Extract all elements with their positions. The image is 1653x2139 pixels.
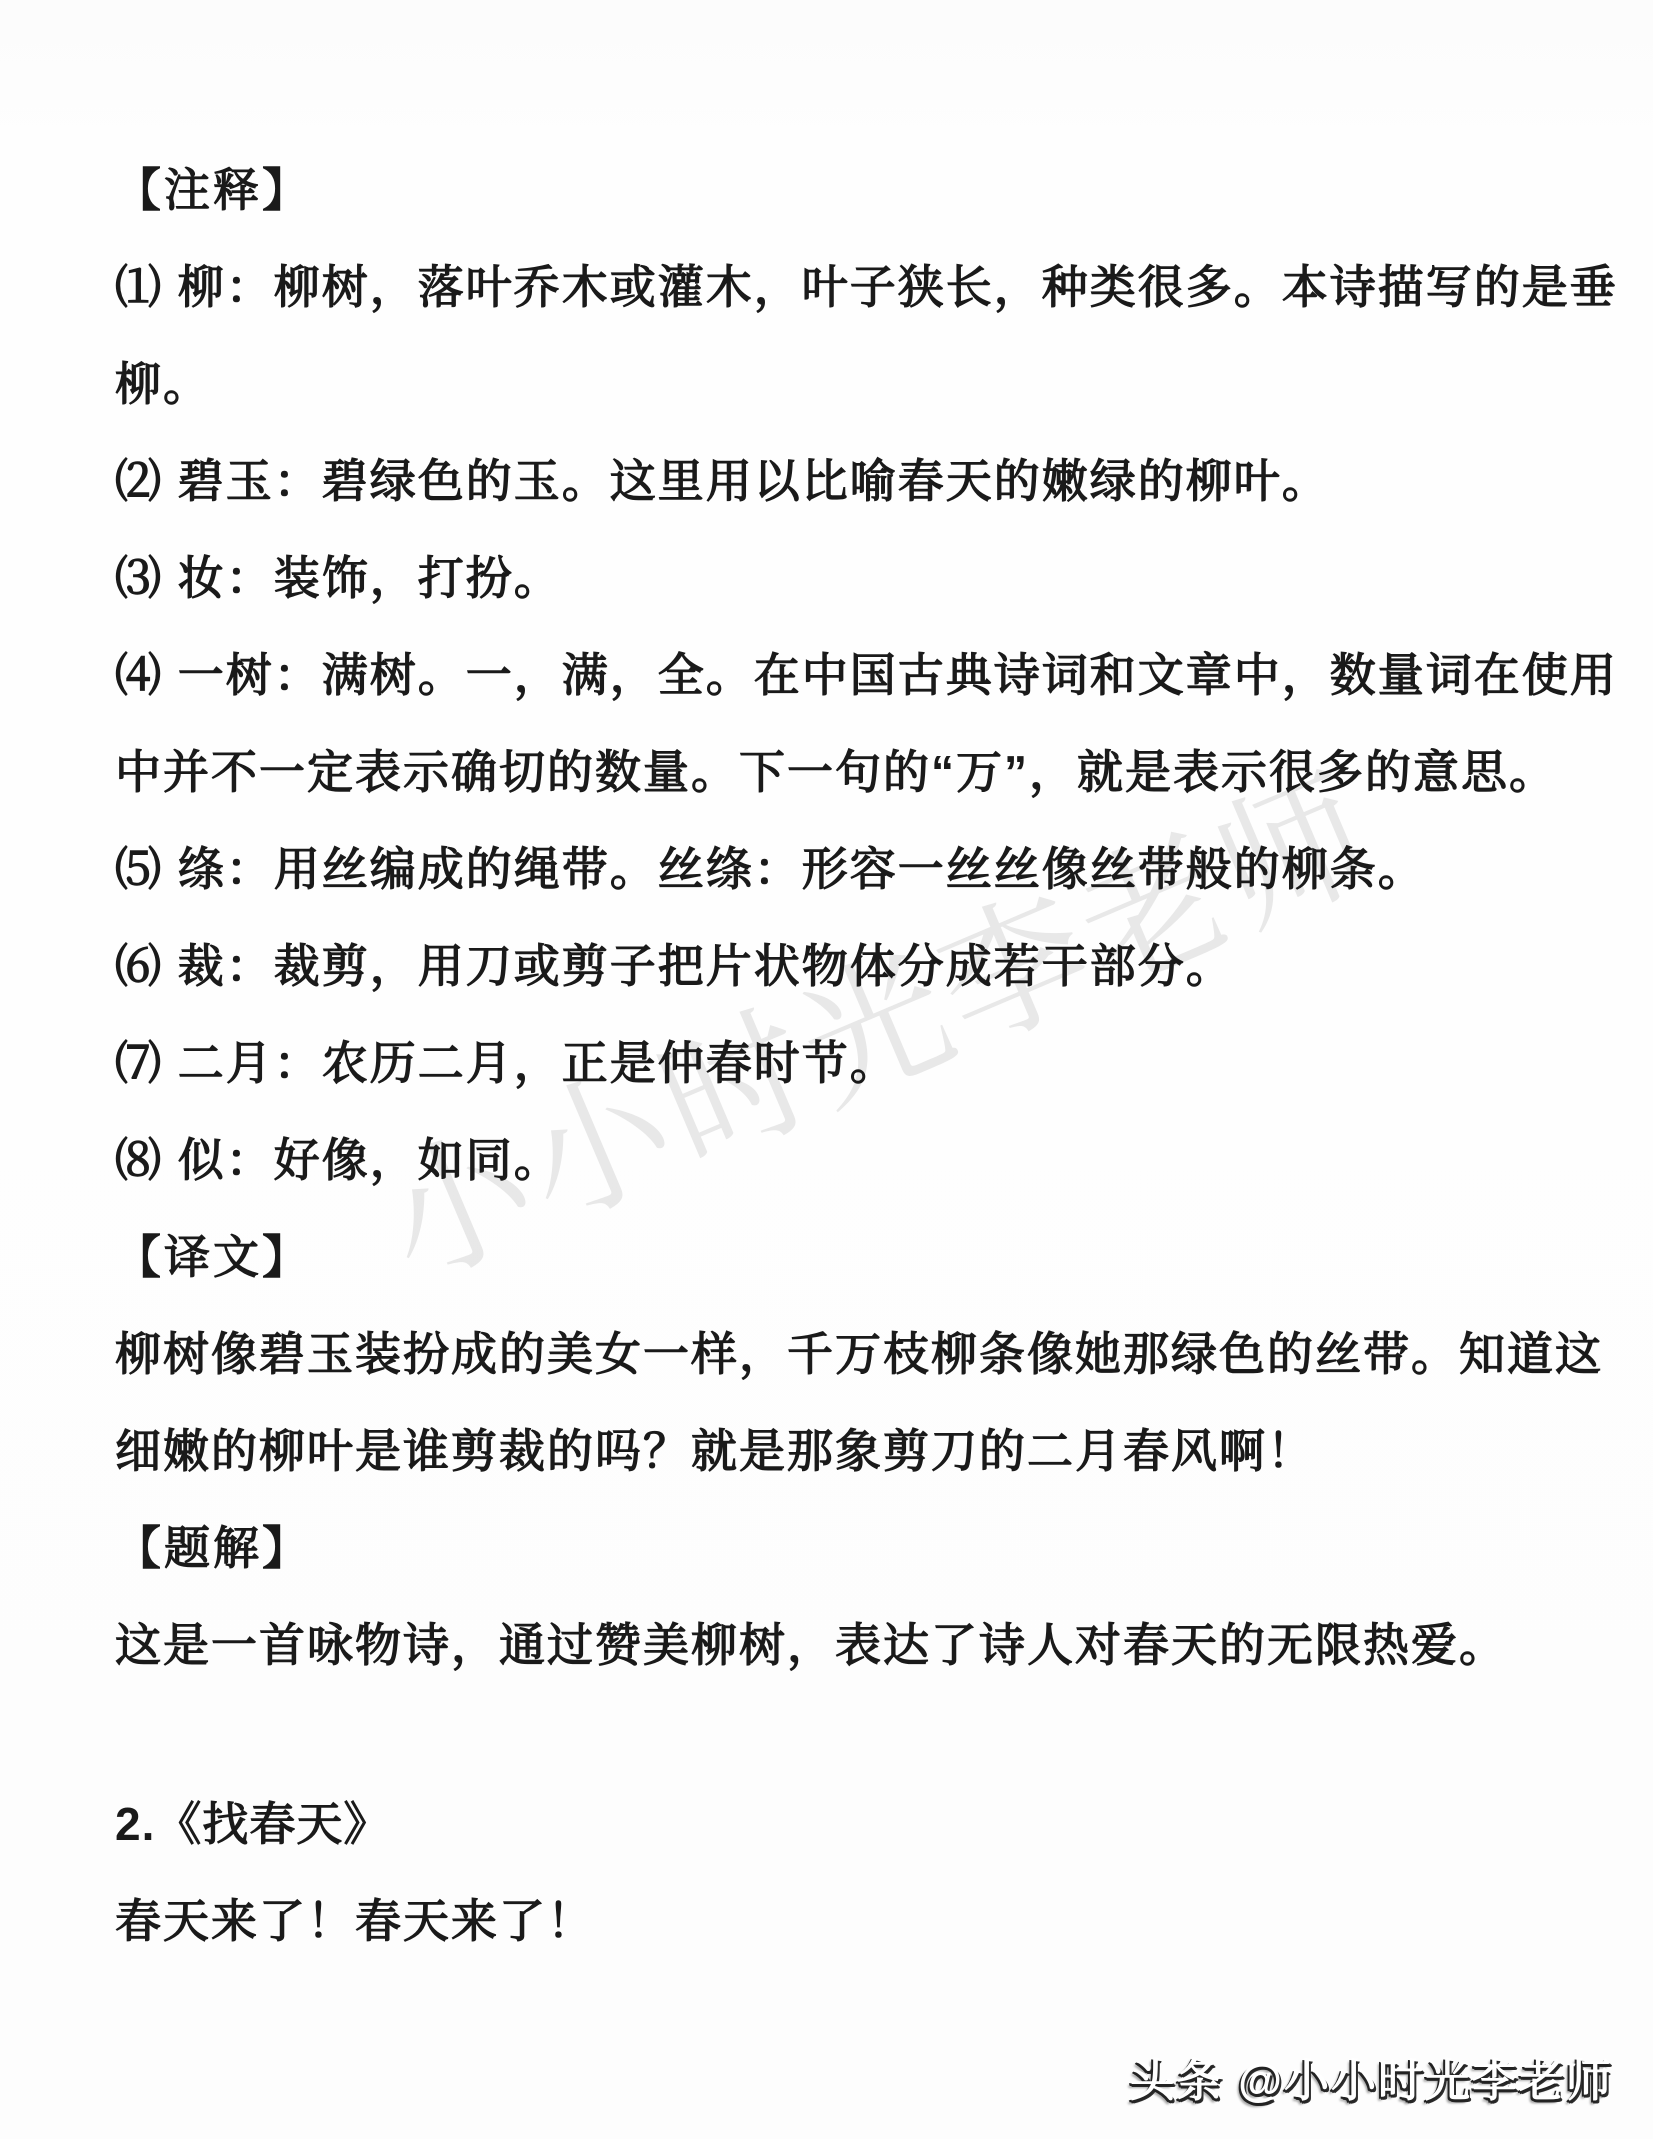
text-line: ⑺ 二月：农历二月，正是仲春时节。 — [115, 1015, 1545, 1112]
toutiao-author-watermark: 头条 @小小时光李老师 — [1130, 2052, 1613, 2110]
text-line: ⑶ 妆：装饰，打扮。 — [115, 530, 1545, 627]
text-line: 中并不一定表示确切的数量。下一句的“万”，就是表示很多的意思。 — [115, 724, 1545, 821]
section-heading: 【注释】 — [115, 142, 1545, 239]
text-line: 春天来了！春天来了！ — [115, 1873, 1545, 1970]
text-line: ⑵ 碧玉：碧绿色的玉。这里用以比喻春天的嫩绿的柳叶。 — [115, 433, 1545, 530]
lesson-title: 2.《找春天》 — [115, 1776, 1545, 1873]
section-heading: 【题解】 — [115, 1500, 1545, 1597]
text-line: ⑸ 绦：用丝编成的绳带。丝绦：形容一丝丝像丝带般的柳条。 — [115, 821, 1545, 918]
document-lines: 【注释】⑴ 柳：柳树，落叶乔木或灌木，叶子狭长，种类很多。本诗描写的是垂柳。⑵ … — [115, 142, 1545, 1970]
section-heading: 【译文】 — [115, 1209, 1545, 1306]
text-line: ⑹ 裁：裁剪，用刀或剪子把片状物体分成若干部分。 — [115, 918, 1545, 1015]
text-line: ⑻ 似：好像，如同。 — [115, 1112, 1545, 1209]
text-line: 细嫩的柳叶是谁剪裁的吗？就是那象剪刀的二月春风啊！ — [115, 1403, 1545, 1500]
text-line: 柳。 — [115, 336, 1545, 433]
text-line: ⑷ 一树：满树。一，满，全。在中国古典诗词和文章中，数量词在使用 — [115, 627, 1545, 724]
text-line: ⑴ 柳：柳树，落叶乔木或灌木，叶子狭长，种类很多。本诗描写的是垂 — [115, 239, 1545, 336]
text-line: 这是一首咏物诗，通过赞美柳树，表达了诗人对春天的无限热爱。 — [115, 1597, 1545, 1694]
text-line: 柳树像碧玉装扮成的美女一样，千万枝柳条像她那绿色的丝带。知道这 — [115, 1306, 1545, 1403]
paragraph-gap — [115, 1694, 1545, 1776]
